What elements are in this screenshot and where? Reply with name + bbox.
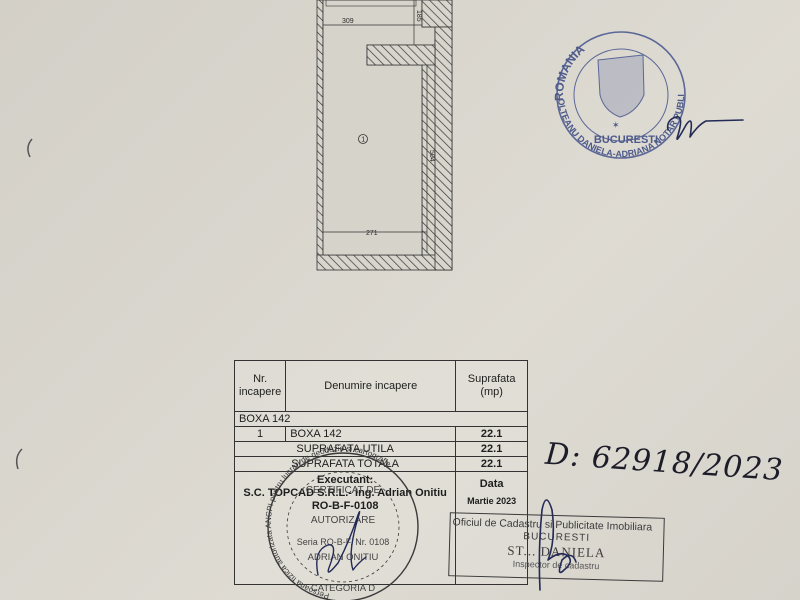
row-area: 22.1	[456, 427, 528, 442]
table-header-row: Nr. incapere Denumire incapere Suprafata…	[235, 361, 528, 412]
margin-mark-bottom	[8, 445, 28, 475]
dim-top-width: 309	[342, 18, 354, 25]
svg-text:1: 1	[361, 137, 365, 144]
useful-area-value: 22.1	[456, 442, 528, 457]
header-nr: Nr. incapere	[235, 361, 286, 412]
svg-text:CERTIFICAT DE: CERTIFICAT DE	[306, 485, 381, 496]
dim-bottom-width: 271	[366, 230, 378, 237]
date-label: Data	[460, 478, 523, 491]
floor-plan: 309 185 504 271 1	[310, 0, 460, 275]
svg-text:CATEGORIA D: CATEGORIA D	[311, 583, 375, 594]
handwritten-reference: D: 62918/2023	[544, 437, 784, 489]
header-area: Suprafata (mp)	[456, 361, 528, 412]
header-name: Denumire incapere	[286, 361, 456, 412]
margin-mark-top	[20, 135, 40, 165]
total-area-value: 22.1	[456, 457, 528, 472]
dim-top-height: 185	[415, 10, 422, 22]
svg-text:AUTORIZARE: AUTORIZARE	[311, 515, 376, 526]
coat-of-arms-icon	[598, 55, 644, 117]
svg-text:✶: ✶	[612, 120, 620, 130]
svg-text:Seria RO-B-F, Nr. 0108: Seria RO-B-F, Nr. 0108	[297, 537, 390, 547]
table-group-row: BOXA 142	[235, 412, 528, 427]
row-name: BOXA 142	[286, 427, 456, 442]
date-value: Martie 2023	[460, 495, 523, 508]
notary-stamp: ROMANIA OLTEANU DANIELA-ADRIANA NOTAR PU…	[548, 25, 748, 170]
surveyor-stamp: Persoana fizica autorizata ANCPI pentru …	[258, 445, 428, 600]
ocpi-signature	[520, 490, 580, 600]
notary-stamp-city: BUCURESTI	[594, 134, 658, 146]
wall-bottom	[317, 255, 452, 270]
group-label: BOXA 142	[235, 412, 528, 427]
row-nr: 1	[235, 427, 286, 442]
wall-left	[317, 0, 323, 258]
dim-right-height: 504	[428, 150, 435, 162]
table-row: 1 BOXA 142 22.1	[235, 427, 528, 442]
